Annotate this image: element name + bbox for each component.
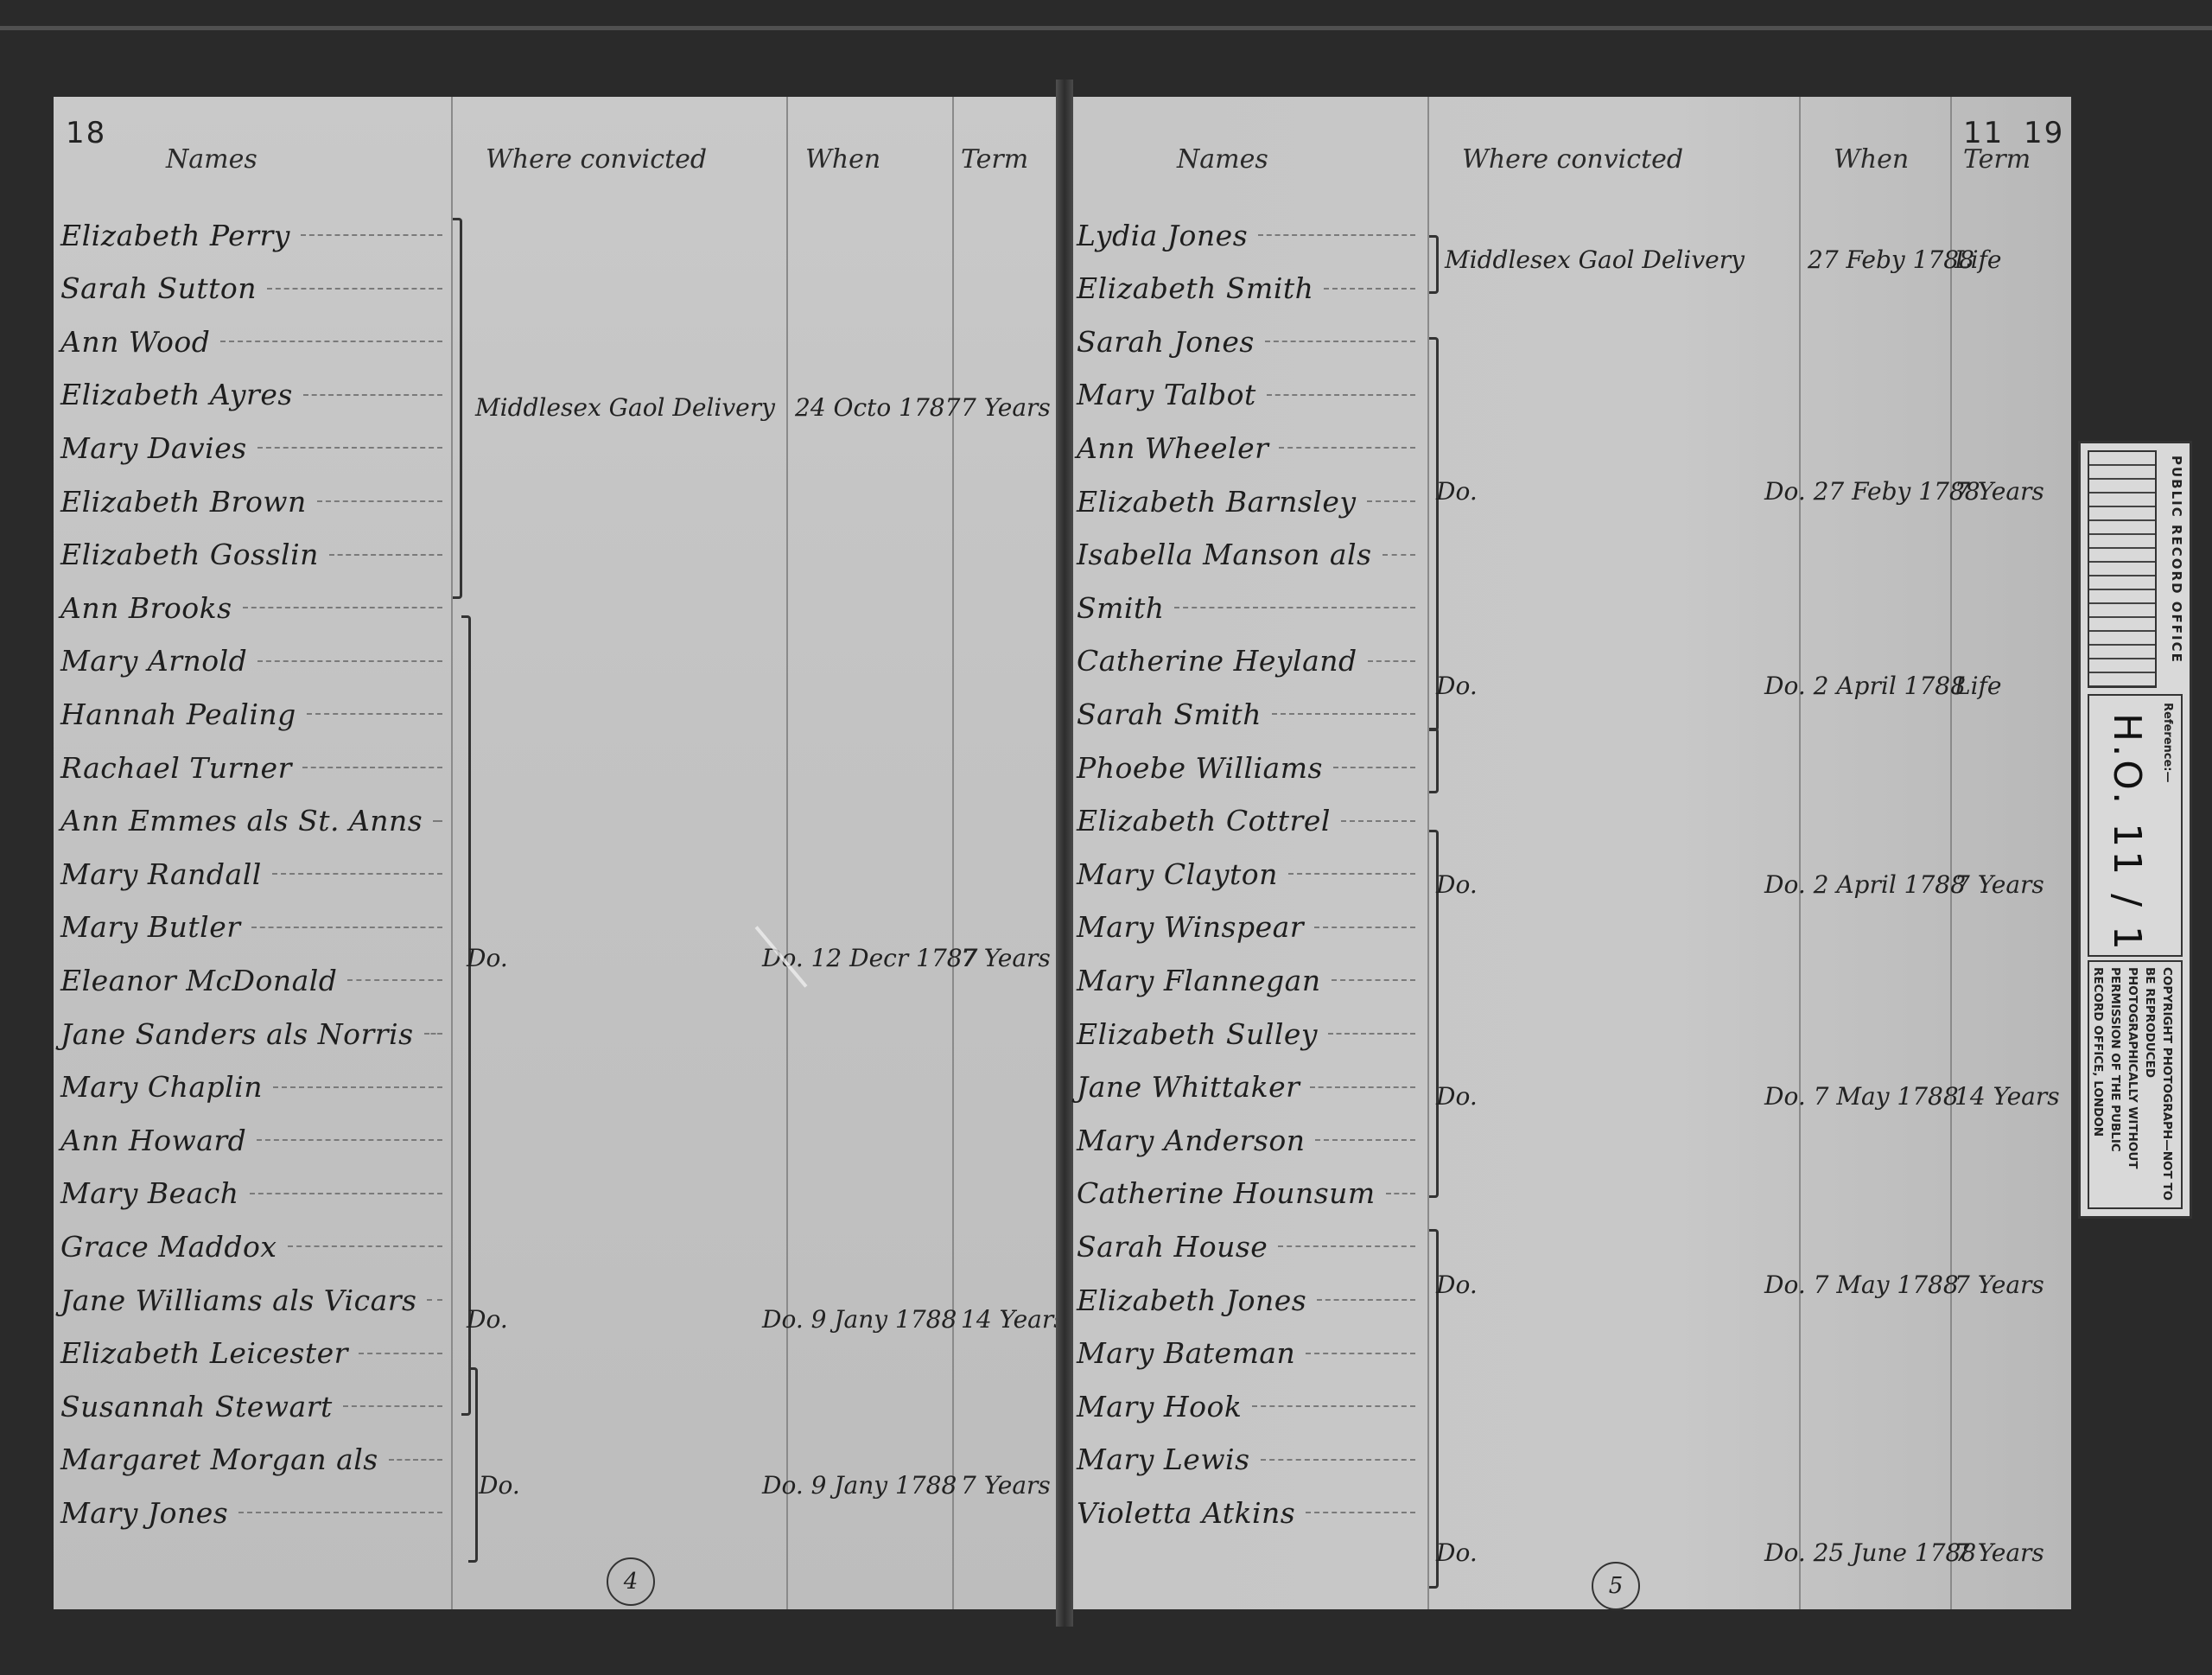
dotted-leader bbox=[424, 1033, 443, 1035]
convict-name: Mary Davies bbox=[60, 431, 247, 465]
group-bracket bbox=[1429, 235, 1439, 294]
name-row: Elizabeth Barnsley bbox=[1077, 475, 1422, 527]
name-row: Isabella Manson als bbox=[1077, 529, 1422, 581]
dotted-leader bbox=[1261, 1459, 1415, 1461]
dotted-leader bbox=[317, 500, 442, 502]
dotted-leader bbox=[433, 820, 442, 822]
name-row: Elizabeth Ayres bbox=[60, 369, 449, 421]
convict-name: Elizabeth Brown bbox=[60, 485, 307, 519]
convict-name: Sarah Smith bbox=[1077, 697, 1262, 731]
where-convicted-cell: Do. bbox=[467, 944, 508, 972]
right-page: 11 19 Names Where convicted When Term Ly… bbox=[1073, 97, 2071, 1609]
convict-name: Sarah Sutton bbox=[60, 271, 257, 305]
name-row: Mary Davies bbox=[60, 422, 449, 474]
header-term: Term bbox=[1963, 144, 2031, 175]
dotted-leader bbox=[1328, 1033, 1415, 1035]
dotted-leader bbox=[220, 341, 442, 342]
dotted-leader bbox=[329, 554, 442, 556]
name-row: Ann Emmes als St. Anns bbox=[60, 795, 449, 847]
header-when: When bbox=[805, 144, 880, 175]
where-convicted-cell: Do. bbox=[1436, 1082, 1478, 1111]
convict-name: Mary Hook bbox=[1077, 1390, 1242, 1423]
name-row: Phoebe Williams bbox=[1077, 742, 1422, 793]
group-bracket bbox=[468, 1367, 478, 1563]
where-convicted-cell: Middlesex Gaol Delivery bbox=[475, 393, 775, 422]
name-row: Susannah Stewart bbox=[60, 1380, 449, 1432]
convict-name: Susannah Stewart bbox=[60, 1390, 333, 1423]
where-convicted-cell: Middlesex Gaol Delivery bbox=[1445, 245, 1745, 274]
group-bracket bbox=[461, 615, 471, 1416]
header-where-convicted: Where convicted bbox=[1462, 144, 1683, 175]
group-bracket bbox=[1429, 728, 1439, 793]
dotted-leader bbox=[301, 234, 442, 236]
term-cell: 14 Years bbox=[1955, 1082, 2060, 1111]
copyright-notice: COPYRIGHT PHOTOGRAPH—NOT TO BE REPRODUCE… bbox=[2088, 960, 2183, 1209]
dotted-leader bbox=[1306, 1353, 1415, 1354]
convict-name: Elizabeth Perry bbox=[60, 219, 290, 252]
term-cell: 7 Years bbox=[1955, 870, 2044, 899]
name-row: Sarah Smith bbox=[1077, 688, 1422, 740]
convict-name: Mary Clayton bbox=[1077, 857, 1278, 891]
convict-name: Mary Flannegan bbox=[1077, 964, 1321, 997]
measurement-scale bbox=[2088, 450, 2157, 688]
name-row: Lydia Jones bbox=[1077, 209, 1422, 261]
dotted-leader bbox=[1324, 288, 1415, 290]
when-cell: Do. 25 June 1788 bbox=[1764, 1538, 1976, 1567]
term-cell: 7 Years bbox=[1955, 1271, 2044, 1299]
convict-name: Mary Butler bbox=[60, 910, 241, 944]
when-cell: Do. 9 Jany 1788 bbox=[762, 1305, 957, 1334]
where-convicted-cell: Do. bbox=[1436, 1538, 1478, 1567]
dotted-leader bbox=[302, 767, 442, 768]
name-row: Mary Butler bbox=[60, 901, 449, 953]
name-row: Jane Williams als Vicars bbox=[60, 1274, 449, 1326]
when-cell: Do. 9 Jany 1788 bbox=[762, 1471, 957, 1500]
convict-name: Elizabeth Smith bbox=[1077, 271, 1313, 305]
header-names: Names bbox=[166, 144, 257, 175]
convict-name: Mary Jones bbox=[60, 1496, 228, 1530]
dotted-leader bbox=[303, 394, 442, 396]
header-where-convicted: Where convicted bbox=[486, 144, 707, 175]
convict-name: Ann Wood bbox=[60, 325, 210, 359]
dotted-leader bbox=[1332, 979, 1415, 981]
dotted-leader bbox=[1278, 1245, 1415, 1247]
dotted-leader bbox=[250, 1193, 442, 1194]
dotted-leader bbox=[243, 607, 442, 608]
convict-name: Rachael Turner bbox=[60, 751, 292, 785]
name-row: Elizabeth Gosslin bbox=[60, 529, 449, 581]
dotted-leader bbox=[1265, 341, 1415, 342]
dotted-leader bbox=[1315, 1139, 1415, 1141]
dotted-leader bbox=[347, 979, 442, 981]
convict-name: Isabella Manson als bbox=[1077, 538, 1372, 571]
name-row: Mary Jones bbox=[60, 1487, 449, 1538]
header-when: When bbox=[1834, 144, 1909, 175]
name-row: Elizabeth Brown bbox=[60, 475, 449, 527]
dotted-leader bbox=[307, 713, 442, 715]
where-convicted-cell: Do. bbox=[1436, 870, 1478, 899]
convict-name: Grace Maddox bbox=[60, 1230, 277, 1264]
convict-name: Mary Talbot bbox=[1077, 378, 1256, 411]
dotted-leader bbox=[1341, 820, 1415, 822]
convict-name: Elizabeth Leicester bbox=[60, 1336, 348, 1370]
name-row: Mary Arnold bbox=[60, 635, 449, 687]
when-cell: Do. 2 April 1788 bbox=[1764, 870, 1966, 899]
convict-name: Lydia Jones bbox=[1077, 219, 1248, 252]
name-row: Mary Bateman bbox=[1077, 1328, 1422, 1379]
convict-name: Mary Winspear bbox=[1077, 910, 1304, 944]
group-bracket bbox=[453, 218, 462, 599]
dotted-leader bbox=[1310, 1086, 1415, 1088]
name-row: Elizabeth Perry bbox=[60, 209, 449, 261]
name-row: Mary Lewis bbox=[1077, 1434, 1422, 1486]
dotted-leader bbox=[1382, 554, 1416, 556]
convict-name: Jane Sanders als Norris bbox=[60, 1017, 414, 1051]
name-row: Elizabeth Cottrel bbox=[1077, 795, 1422, 847]
name-row: Rachael Turner bbox=[60, 742, 449, 793]
convict-name: Elizabeth Cottrel bbox=[1077, 804, 1331, 837]
dotted-leader bbox=[273, 1086, 442, 1088]
term-cell: Life bbox=[1955, 672, 2001, 700]
convict-name: Ann Brooks bbox=[60, 591, 232, 625]
convict-name: Catherine Heyland bbox=[1077, 644, 1357, 678]
where-convicted-cell: Do. bbox=[479, 1471, 520, 1500]
name-row: Grace Maddox bbox=[60, 1220, 449, 1272]
dotted-leader bbox=[1174, 607, 1415, 608]
register-spread: 18 Names Where convicted When Term Eliza… bbox=[54, 97, 2072, 1609]
name-row: Sarah Jones bbox=[1077, 315, 1422, 367]
dotted-leader bbox=[1267, 394, 1415, 396]
convict-name: Mary Lewis bbox=[1077, 1443, 1250, 1476]
reference-box: Reference:— H.O. 11 / 1 bbox=[2088, 694, 2183, 957]
name-row: Ann Brooks bbox=[60, 582, 449, 634]
pro-title: PUBLIC RECORD OFFICE bbox=[2169, 455, 2184, 664]
when-cell: Do. 7 May 1788 bbox=[1764, 1271, 1959, 1299]
dotted-leader bbox=[288, 1245, 442, 1247]
dotted-leader bbox=[1252, 1405, 1415, 1407]
name-row: Smith bbox=[1077, 582, 1422, 634]
convict-name: Hannah Pealing bbox=[60, 697, 296, 731]
name-row: Catherine Hounsum bbox=[1077, 1168, 1422, 1220]
name-row: Catherine Heyland bbox=[1077, 635, 1422, 687]
when-cell: Do. 27 Feby 1788 bbox=[1764, 477, 1980, 506]
term-cell: 7 Years bbox=[1955, 477, 2044, 506]
name-row: Margaret Morgan als bbox=[60, 1434, 449, 1486]
name-row: Mary Clayton bbox=[1077, 848, 1422, 900]
dotted-leader bbox=[1279, 447, 1415, 449]
name-row: Ann Wood bbox=[60, 315, 449, 367]
dotted-leader bbox=[257, 660, 442, 662]
name-row: Elizabeth Smith bbox=[1077, 263, 1422, 315]
term-cell: 14 Years bbox=[961, 1305, 1066, 1334]
convict-name: Phoebe Williams bbox=[1077, 751, 1323, 785]
convict-name: Elizabeth Ayres bbox=[60, 378, 293, 411]
dotted-leader bbox=[1333, 767, 1415, 768]
where-convicted-cell: Do. bbox=[1436, 477, 1478, 506]
film-scan-streak bbox=[0, 26, 2212, 30]
convict-name: Smith bbox=[1077, 591, 1164, 625]
name-row: Mary Flannegan bbox=[1077, 954, 1422, 1006]
convict-name: Jane Williams als Vicars bbox=[60, 1283, 416, 1317]
name-row: Mary Beach bbox=[60, 1168, 449, 1220]
column-rule bbox=[952, 97, 954, 1609]
dotted-leader bbox=[1272, 713, 1415, 715]
when-cell: Do. 12 Decr 1787 bbox=[762, 944, 977, 972]
convict-name: Mary Beach bbox=[60, 1176, 239, 1210]
name-row: Mary Chaplin bbox=[60, 1061, 449, 1113]
name-row: Mary Talbot bbox=[1077, 369, 1422, 421]
dotted-leader bbox=[1258, 234, 1415, 236]
name-row: Hannah Pealing bbox=[60, 688, 449, 740]
dotted-leader bbox=[1386, 1193, 1415, 1194]
term-cell: 7 Years bbox=[1955, 1538, 2044, 1567]
term-cell: Life bbox=[1955, 245, 2001, 274]
column-rule bbox=[1799, 97, 1801, 1609]
name-row: Jane Sanders als Norris bbox=[60, 1008, 449, 1060]
where-convicted-cell: Do. bbox=[1436, 1271, 1478, 1299]
name-row: Elizabeth Jones bbox=[1077, 1274, 1422, 1326]
dotted-leader bbox=[257, 447, 442, 449]
convict-name: Mary Arnold bbox=[60, 644, 247, 678]
name-row: Ann Wheeler bbox=[1077, 422, 1422, 474]
dotted-leader bbox=[1314, 927, 1415, 928]
when-cell: Do. 7 May 1788 bbox=[1764, 1082, 1959, 1111]
name-row: Mary Hook bbox=[1077, 1380, 1422, 1432]
when-cell: 27 Feby 1788 bbox=[1808, 245, 1974, 274]
dotted-leader bbox=[427, 1299, 442, 1301]
dotted-leader bbox=[272, 873, 442, 875]
convict-name: Mary Chaplin bbox=[60, 1070, 263, 1104]
convict-name: Sarah House bbox=[1077, 1230, 1268, 1264]
column-rule bbox=[1950, 97, 1952, 1609]
convict-name: Mary Bateman bbox=[1077, 1336, 1295, 1370]
convict-name: Ann Howard bbox=[60, 1124, 246, 1157]
term-cell: 7 Years bbox=[961, 1471, 1051, 1500]
book-gutter bbox=[1056, 80, 1073, 1627]
term-cell: 7 Years bbox=[961, 393, 1051, 422]
convict-name: Violetta Atkins bbox=[1077, 1496, 1295, 1530]
dotted-leader bbox=[251, 927, 443, 928]
folio-mark: 4 bbox=[607, 1557, 655, 1606]
convict-name: Mary Randall bbox=[60, 857, 262, 891]
dotted-leader bbox=[389, 1459, 442, 1461]
convict-name: Margaret Morgan als bbox=[60, 1443, 378, 1476]
name-row: Sarah Sutton bbox=[60, 263, 449, 315]
dotted-leader bbox=[1317, 1299, 1415, 1301]
dotted-leader bbox=[257, 1139, 442, 1141]
where-convicted-cell: Do. bbox=[467, 1305, 508, 1334]
name-row: Ann Howard bbox=[60, 1114, 449, 1166]
convict-name: Catherine Hounsum bbox=[1077, 1176, 1376, 1210]
name-row: Eleanor McDonald bbox=[60, 954, 449, 1006]
where-convicted-cell: Do. bbox=[1436, 672, 1478, 700]
reference-label: Reference:— bbox=[2161, 703, 2174, 783]
dotted-leader bbox=[1306, 1512, 1415, 1513]
when-cell: Do. 2 April 1788 bbox=[1764, 672, 1966, 700]
public-record-office-label: PUBLIC RECORD OFFICE Reference:— H.O. 11… bbox=[2078, 441, 2192, 1219]
term-cell: 7 Years bbox=[961, 944, 1051, 972]
convict-name: Elizabeth Sulley bbox=[1077, 1017, 1318, 1051]
name-row: Jane Whittaker bbox=[1077, 1061, 1422, 1113]
dotted-leader bbox=[238, 1512, 442, 1513]
when-cell: 24 Octo 1787 bbox=[795, 393, 960, 422]
header-names: Names bbox=[1177, 144, 1268, 175]
name-row: Sarah House bbox=[1077, 1220, 1422, 1272]
dotted-leader bbox=[1288, 873, 1415, 875]
left-page: 18 Names Where convicted When Term Eliza… bbox=[54, 97, 1056, 1609]
convict-name: Mary Anderson bbox=[1077, 1124, 1305, 1157]
dotted-leader bbox=[267, 288, 442, 290]
name-row: Mary Randall bbox=[60, 848, 449, 900]
name-row: Elizabeth Leicester bbox=[60, 1328, 449, 1379]
convict-name: Elizabeth Barnsley bbox=[1077, 485, 1357, 519]
name-row: Elizabeth Sulley bbox=[1077, 1008, 1422, 1060]
convict-name: Jane Whittaker bbox=[1077, 1070, 1300, 1104]
dotted-leader bbox=[359, 1353, 442, 1354]
convict-name: Eleanor McDonald bbox=[60, 964, 337, 997]
left-page-number: 18 bbox=[66, 116, 106, 150]
name-row: Violetta Atkins bbox=[1077, 1487, 1422, 1538]
convict-name: Elizabeth Jones bbox=[1077, 1283, 1306, 1317]
name-row: Mary Anderson bbox=[1077, 1114, 1422, 1166]
dotted-leader bbox=[1368, 660, 1415, 662]
header-term: Term bbox=[961, 144, 1028, 175]
column-rule bbox=[786, 97, 788, 1609]
dotted-leader bbox=[343, 1405, 442, 1407]
dotted-leader bbox=[1367, 500, 1415, 502]
convict-name: Sarah Jones bbox=[1077, 325, 1255, 359]
reference-value: H.O. 11 / 1 bbox=[2105, 713, 2149, 953]
convict-name: Ann Wheeler bbox=[1077, 431, 1268, 465]
name-row: Mary Winspear bbox=[1077, 901, 1422, 953]
folio-mark: 5 bbox=[1592, 1562, 1640, 1610]
convict-name: Ann Emmes als St. Anns bbox=[60, 804, 423, 837]
convict-name: Elizabeth Gosslin bbox=[60, 538, 319, 571]
